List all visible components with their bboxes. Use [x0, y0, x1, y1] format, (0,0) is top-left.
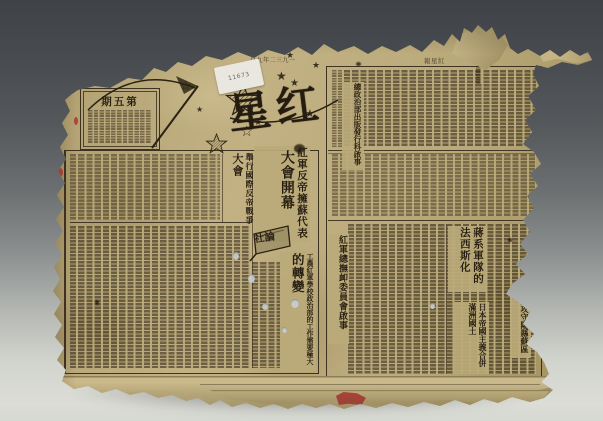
ink-stain [294, 144, 305, 153]
body-text-block [70, 154, 220, 220]
headline-school: 工農紅軍學校政治部的工作需要極大 的轉變 [280, 252, 316, 372]
paper-hole [291, 299, 299, 308]
editorial-flag-label: 社論 [253, 229, 276, 247]
headline-publishing-notice-text: 總政治部出版發行科啟事 [353, 83, 362, 169]
publisher-info-text [88, 110, 152, 143]
catalog-number: 11673 [227, 71, 250, 82]
red-mark [58, 168, 63, 177]
ink-stain [95, 300, 99, 305]
headline-pension-notice: 紅軍總撫卹委員會啟事 [328, 234, 349, 344]
paper-hole [233, 252, 239, 260]
body-text-block [348, 224, 536, 374]
headline-attack-text: 進攻守陽縣蘇區 [519, 297, 529, 357]
headline-antiwar-col2: 大會 [230, 153, 244, 231]
margin-note-text [476, 66, 482, 84]
star-outline-icon [180, 80, 192, 93]
headline-antiwar-col1: 舉行國際反帝戰爭 [244, 153, 254, 231]
red-mark [74, 117, 78, 125]
star-icon [196, 106, 203, 114]
issue-box: 期五第 [80, 88, 160, 150]
headline-fascism-col1: 蔣系軍隊的 [471, 227, 484, 291]
headline-fascism-col2: 法西斯化 [458, 227, 471, 291]
body-text-block [70, 226, 250, 368]
headline-japan-col2: 滿洲國土 [467, 303, 477, 373]
torn-fragment [452, 28, 508, 70]
headline-congress-col1: 紅軍反帝擁蘇代表 [295, 147, 308, 241]
headline-school-col1: 工農紅軍學校政治部的工作需要極大 [305, 253, 314, 371]
paper-hole [282, 327, 287, 333]
ink-stain [356, 62, 361, 66]
column-rule [446, 224, 447, 374]
headline-fascism: 蔣系軍隊的 法西斯化 [448, 226, 486, 292]
right-page-header: 報星紅 [424, 56, 445, 65]
headline-japan: 日本帝國主義合併 滿洲國土 [454, 302, 489, 374]
headline-attack: 進攻守陽縣蘇區 [510, 296, 531, 358]
issue-box-inner-border: 期五第 [83, 91, 157, 147]
fold-crease-line [200, 384, 540, 385]
paper-hole [430, 303, 435, 309]
section-rule [328, 220, 538, 221]
photo-backdrop: 月九年二三九一 期五第 星红 [0, 0, 603, 421]
ink-stain [508, 238, 512, 242]
body-text-block [252, 262, 280, 368]
headline-japan-col1: 日本帝國主義合併 [477, 303, 487, 373]
paper-hole [262, 303, 268, 310]
small-hatched-star-icon [206, 134, 226, 153]
headline-pension-notice-text: 紅軍總撫卹委員會啟事 [336, 235, 347, 343]
newspaper-sheet: 月九年二三九一 期五第 星红 [0, 0, 603, 421]
issue-number-label: 期五第 [84, 94, 156, 109]
paper-hole [248, 274, 255, 283]
headline-school-col2: 的轉變 [290, 253, 306, 371]
headline-publishing-notice: 總政治部出版發行科啟事 [342, 82, 364, 170]
body-text-block [344, 70, 536, 146]
torn-fragment [538, 47, 595, 65]
headline-antiwar: 舉行國際反帝戰爭 大會 [222, 152, 256, 232]
